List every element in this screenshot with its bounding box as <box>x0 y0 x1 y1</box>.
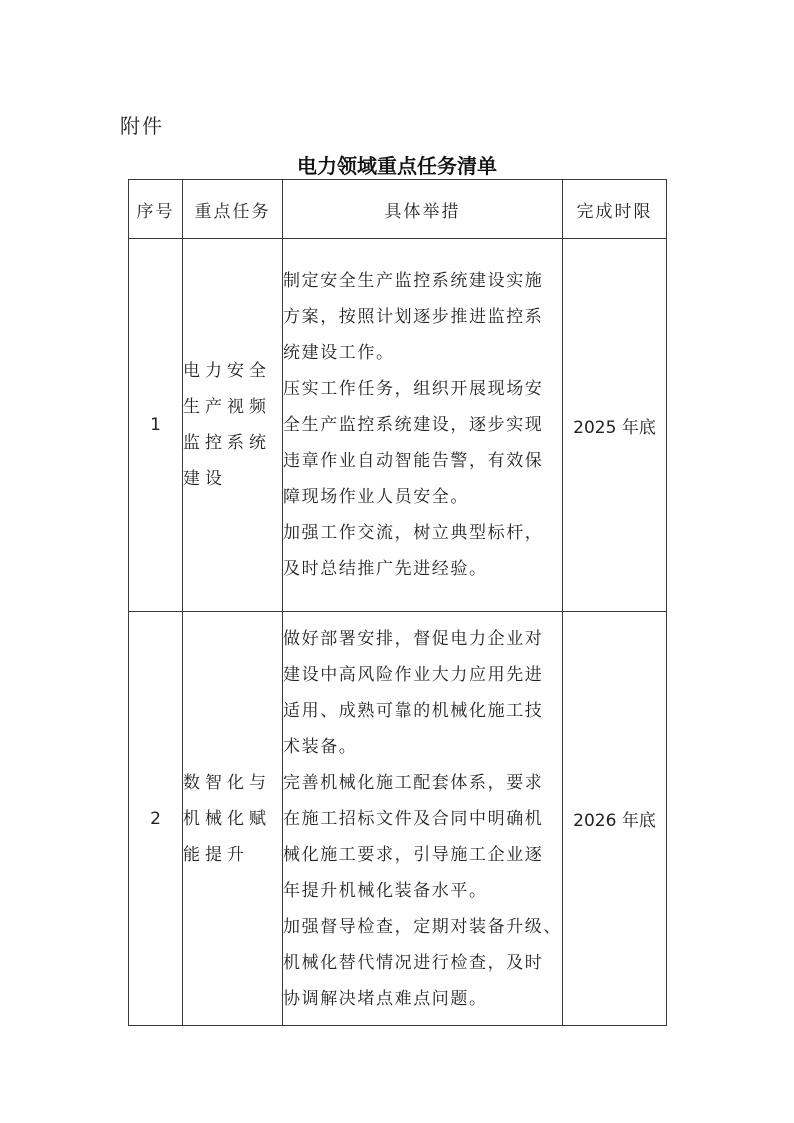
measure-text-line: 及时总结推广先进经验。 <box>283 551 562 587</box>
task-text-line: 数智化与 <box>183 765 282 801</box>
row-deadline: 2026 年底 <box>563 612 667 1026</box>
measure-text-line: 加强督导检查，定期对装备升级、 <box>283 909 562 945</box>
task-text-line: 监控系统 <box>183 425 282 461</box>
measure-text-line: 全生产监控系统建设，逐步实现 <box>283 407 562 443</box>
measure-text-line: 压实工作任务，组织开展现场安 <box>283 371 562 407</box>
measure-text-line: 年提升机械化装备水平。 <box>283 873 562 909</box>
measure-text-line: 障现场作业人员安全。 <box>283 479 562 515</box>
header-deadline: 完成时限 <box>563 180 667 239</box>
task-text-line: 建设 <box>183 461 282 497</box>
task-text-line: 能提升 <box>183 837 282 873</box>
row-specific-measures: 做好部署安排，督促电力企业对 建设中高风险作业大力应用先进 适用、成熟可靠的机械… <box>283 612 563 1026</box>
measure-text-line: 机械化替代情况进行检查，及时 <box>283 945 562 981</box>
task-text-line: 生产视频 <box>183 389 282 425</box>
measure-text-line: 建设中高风险作业大力应用先进 <box>283 657 562 693</box>
row-serial-number: 1 <box>129 239 183 612</box>
measure-text-line: 适用、成熟可靠的机械化施工技 <box>283 693 562 729</box>
measure-text-line: 统建设工作。 <box>283 335 562 371</box>
key-tasks-table: 序号 重点任务 具体举措 完成时限 1 电力安全 生产视频 监控系统 建设 制定… <box>128 179 667 1026</box>
row-key-task: 电力安全 生产视频 监控系统 建设 <box>183 239 283 612</box>
row-serial-number: 2 <box>129 612 183 1026</box>
table-row: 1 电力安全 生产视频 监控系统 建设 制定安全生产监控系统建设实施 方案，按照… <box>129 239 667 612</box>
measure-text-line: 械化施工要求，引导施工企业逐 <box>283 837 562 873</box>
header-key-task: 重点任务 <box>183 180 283 239</box>
attachment-label: 附件 <box>120 110 164 139</box>
row-deadline: 2025 年底 <box>563 239 667 612</box>
measure-text-line: 协调解决堵点难点问题。 <box>283 981 562 1017</box>
document-title: 电力领域重点任务清单 <box>0 150 794 179</box>
task-text-line: 机械化赋 <box>183 801 282 837</box>
measure-text-line: 完善机械化施工配套体系，要求 <box>283 765 562 801</box>
measure-text-line: 术装备。 <box>283 729 562 765</box>
row-specific-measures: 制定安全生产监控系统建设实施 方案，按照计划逐步推进监控系 统建设工作。 压实工… <box>283 239 563 612</box>
header-serial-number: 序号 <box>129 180 183 239</box>
table-header-row: 序号 重点任务 具体举措 完成时限 <box>129 180 667 239</box>
measure-text-line: 违章作业自动智能告警，有效保 <box>283 443 562 479</box>
header-specific-measures: 具体举措 <box>283 180 563 239</box>
task-text-line: 电力安全 <box>183 353 282 389</box>
measure-text-line: 加强工作交流，树立典型标杆， <box>283 515 562 551</box>
table-row: 2 数智化与 机械化赋 能提升 做好部署安排，督促电力企业对 建设中高风险作业大… <box>129 612 667 1026</box>
measure-text-line: 制定安全生产监控系统建设实施 <box>283 263 562 299</box>
measure-text-line: 在施工招标文件及合同中明确机 <box>283 801 562 837</box>
measure-text-line: 做好部署安排，督促电力企业对 <box>283 621 562 657</box>
measure-text-line: 方案，按照计划逐步推进监控系 <box>283 299 562 335</box>
row-key-task: 数智化与 机械化赋 能提升 <box>183 612 283 1026</box>
